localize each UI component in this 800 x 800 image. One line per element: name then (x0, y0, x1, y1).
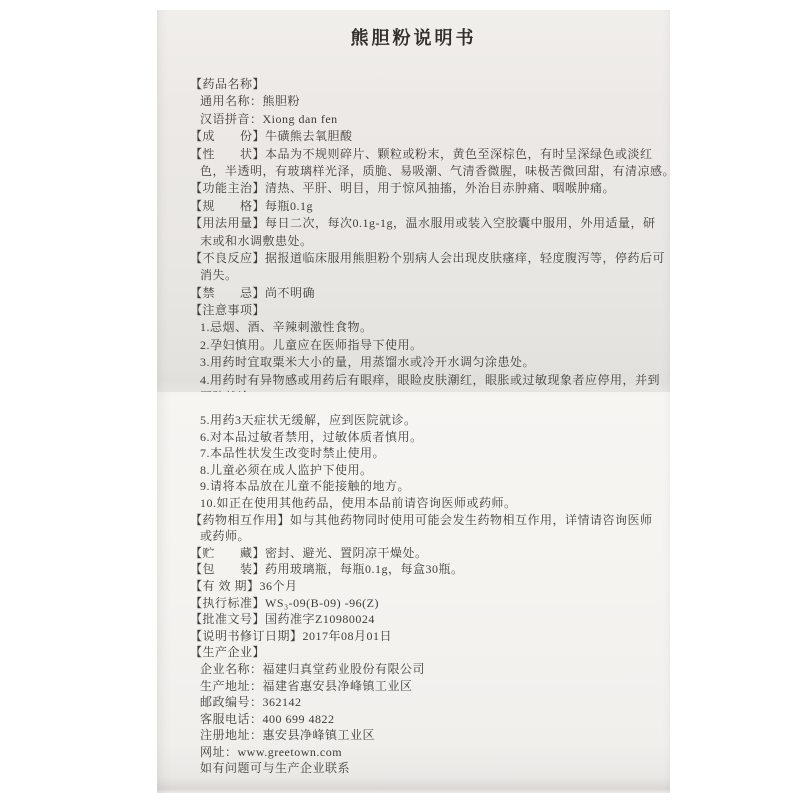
document-title: 熊胆粉说明书 (157, 24, 670, 50)
leaflet-line: 5.用药3天症状无缓解，应到医院就诊。 (200, 412, 664, 429)
leaflet-page-bottom: 5.用药3天症状无缓解，应到医院就诊。 6.对本品过敏者禁用，过敏体质者慎用。 … (157, 392, 670, 793)
leaflet-line: 6.对本品过敏者禁用，过敏体质者慎用。 (200, 429, 664, 446)
leaflet-line: 10.如正在使用其他药品，使用本品前请咨询医师或药师。 (200, 495, 664, 512)
leaflet-line: 消失。 (200, 267, 664, 284)
leaflet-page-top: 熊胆粉说明书 【药品名称】 通用名称：熊胆粉 汉语拼音：Xiong dan fe… (157, 10, 670, 392)
leaflet-line: 邮政编号：362142 (200, 694, 664, 711)
leaflet-line: 【说明书修订日期】2017年08月01日 (190, 628, 664, 645)
leaflet-line: 末或和水调敷患处。 (200, 233, 664, 250)
leaflet-line: 【禁 忌】尚不明确 (190, 285, 664, 302)
leaflet-line: 生产地址：福建省惠安县净峰镇工业区 (200, 678, 664, 695)
leaflet-line: 【执行标准】WS₃-09(B-09) -96(Z) (190, 595, 664, 612)
leaflet-line: 【贮 藏】密封、避光、置阴凉干燥处。 (190, 545, 664, 562)
leaflet-line: 网址：www.greetown.com (200, 744, 664, 761)
leaflet-text-bottom: 5.用药3天症状无缓解，应到医院就诊。 6.对本品过敏者禁用，过敏体质者慎用。 … (190, 412, 664, 777)
leaflet-line: 4.用药时有异物感或用药后有眼痒，眼睑皮肤潮红，眼胀或过敏现象者应停用，并到 (200, 372, 664, 389)
leaflet-line: 客服电话：400 699 4822 (200, 711, 664, 728)
leaflet-line: 【用法用量】每日二次，每次0.1g-1g，温水服用或装入空胶囊中服用，外用适量，… (190, 215, 664, 232)
leaflet-line: 【功能主治】清热、平肝、明目，用于惊风抽搐，外治目赤肿痛、咽喉肿痛。 (190, 180, 664, 197)
leaflet-line: 【包 装】药用玻璃瓶，每瓶0.1g，每盒30瓶。 (190, 561, 664, 578)
leaflet-line: 7.本品性状发生改变时禁止使用。 (200, 445, 664, 462)
leaflet-text-top: 【药品名称】 通用名称：熊胆粉 汉语拼音：Xiong dan fen 【成 份】… (190, 76, 664, 406)
leaflet-line: 【批准文号】国药准字Z10980024 (190, 611, 664, 628)
leaflet-line: 【成 份】牛磺熊去氧胆酸 (190, 128, 664, 145)
leaflet-line: 汉语拼音：Xiong dan fen (200, 111, 664, 128)
leaflet-line: 色，半透明，有玻璃样光泽，质脆、易吸潮、气清香微腥，味极苦微回甜，有清凉感。 (200, 163, 664, 180)
leaflet-line: 【不良反应】据报道临床服用熊胆粉个别病人会出现皮肤瘙痒，轻度腹泻等，停药后可 (190, 250, 664, 267)
leaflet-line: 3.用药时宜取粟米大小的量，用蒸馏水或冷开水调匀涂患处。 (200, 354, 664, 371)
leaflet-line: 【规 格】每瓶0.1g (190, 198, 664, 215)
leaflet-line: 【生产企业】 (190, 644, 664, 661)
leaflet-line: 9.请将本品放在儿童不能接触的地方。 (200, 478, 664, 495)
leaflet-line: 1.忌烟、酒、辛辣刺激性食物。 (200, 319, 664, 336)
leaflet-line: 【药品名称】 (190, 76, 664, 93)
leaflet-line: 注册地址：惠安县净峰镇工业区 (200, 727, 664, 744)
leaflet-line: 或药师。 (200, 528, 664, 545)
leaflet-line: 【药物相互作用】如与其他药物同时使用可能会发生药物相互作用，详情请咨询医师 (190, 512, 664, 529)
leaflet-photo: 熊胆粉说明书 【药品名称】 通用名称：熊胆粉 汉语拼音：Xiong dan fe… (157, 10, 670, 793)
leaflet-line: 企业名称：福建归真堂药业股份有限公司 (200, 661, 664, 678)
leaflet-line: 【有 效 期】36个月 (190, 578, 664, 595)
leaflet-line: 【性 状】本品为不规则碎片、颗粒或粉末，黄色至深棕色，有时呈深绿色或淡红 (190, 146, 664, 163)
leaflet-line: 8.儿童必须在成人监护下使用。 (200, 462, 664, 479)
leaflet-line: 如有问题可与生产企业联系 (200, 760, 664, 777)
leaflet-line: 【注意事项】 (190, 302, 664, 319)
leaflet-line: 2.孕妇慎用。儿童应在医师指导下使用。 (200, 337, 664, 354)
leaflet-line: 通用名称：熊胆粉 (200, 93, 664, 110)
